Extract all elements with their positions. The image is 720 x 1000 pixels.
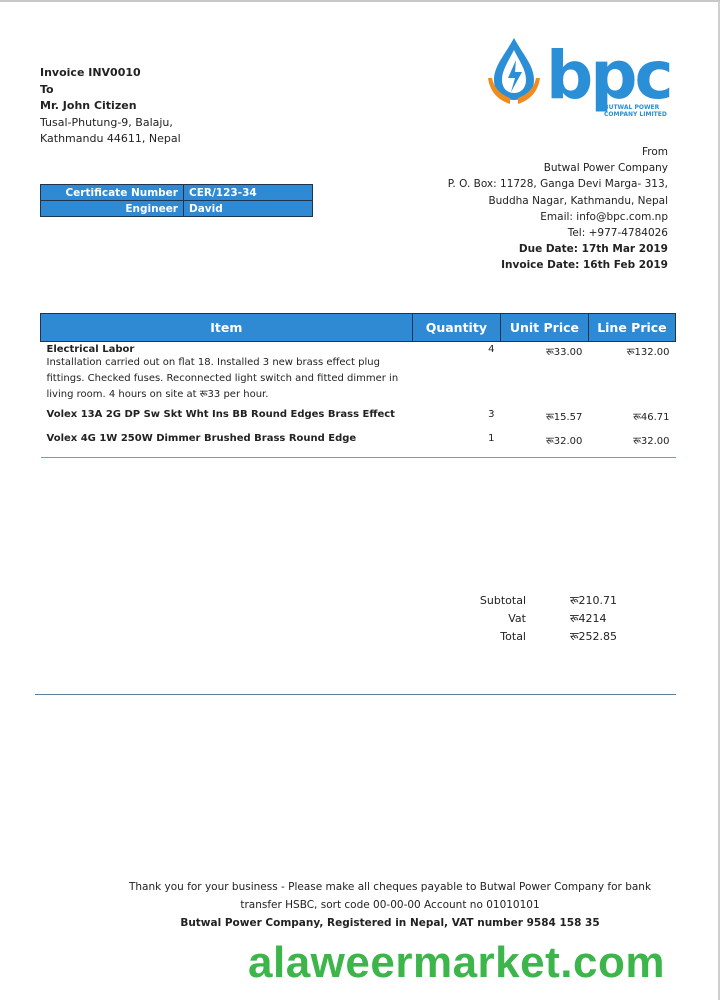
total-label: Total xyxy=(470,628,526,646)
item-cell: Electrical Labor Installation carried ou… xyxy=(41,342,413,406)
items-table: Item Quantity Unit Price Line Price Elec… xyxy=(40,313,676,458)
from-tel: Tel: +977-4784026 xyxy=(448,225,668,241)
bill-to-block: Invoice INV0010 To Mr. John Citizen Tusa… xyxy=(40,65,181,148)
footer-registration: Butwal Power Company, Registered in Nepa… xyxy=(100,914,680,932)
from-address-line2: Buddha Nagar, Kathmandu, Nepal xyxy=(448,193,668,209)
items-header-row: Item Quantity Unit Price Line Price xyxy=(41,314,676,342)
certificate-row: Certificate Number CER/123-34 xyxy=(41,185,313,201)
from-block: From Butwal Power Company P. O. Box: 117… xyxy=(448,144,668,274)
subtotal-label: Subtotal xyxy=(470,592,526,610)
watermark: alaweermarket.com xyxy=(248,938,665,988)
item-line-price: रू46.71 xyxy=(588,405,675,425)
subtotal-row: Subtotal रू210.71 xyxy=(470,592,617,610)
item-title: Volex 13A 2G DP Sw Skt Wht Ins BB Round … xyxy=(47,409,407,420)
vat-row: Vat रू4214 xyxy=(470,610,617,628)
item-title: Volex 4G 1W 250W Dimmer Brushed Brass Ro… xyxy=(47,433,407,444)
item-quantity: 4 xyxy=(412,342,500,406)
item-cell: Volex 4G 1W 250W Dimmer Brushed Brass Ro… xyxy=(41,425,413,449)
engineer-value: David xyxy=(184,201,313,217)
invoice-number: Invoice INV0010 xyxy=(40,65,181,82)
item-unit-price: रू33.00 xyxy=(501,342,589,406)
item-cell: Volex 13A 2G DP Sw Skt Wht Ins BB Round … xyxy=(41,405,413,425)
certificate-number-label: Certificate Number xyxy=(41,185,184,201)
totals-block: Subtotal रू210.71 Vat रू4214 Total रू252… xyxy=(470,592,617,646)
subtotal-value: रू210.71 xyxy=(570,592,617,610)
table-row: Volex 13A 2G DP Sw Skt Wht Ins BB Round … xyxy=(41,405,676,425)
due-date: Due Date: 17th Mar 2019 xyxy=(448,241,668,257)
table-divider xyxy=(41,449,676,458)
footer: Thank you for your business - Please mak… xyxy=(100,878,680,932)
footer-divider xyxy=(35,694,676,695)
item-description: Installation carried out on flat 18. Ins… xyxy=(47,355,407,403)
total-row: Total रू252.85 xyxy=(470,628,617,646)
company-logo: bpc BUTWAL POWER COMPANY LIMITED xyxy=(486,34,671,124)
certificate-number-value: CER/123-34 xyxy=(184,185,313,201)
vat-label: Vat xyxy=(470,610,526,628)
item-unit-price: रू15.57 xyxy=(501,405,589,425)
item-quantity: 1 xyxy=(412,425,500,449)
vat-value: रू4214 xyxy=(570,610,607,628)
engineer-label: Engineer xyxy=(41,201,184,217)
customer-address-line2: Kathmandu 44611, Nepal xyxy=(40,131,181,148)
header-quantity: Quantity xyxy=(412,314,500,342)
header-item: Item xyxy=(41,314,413,342)
total-value: रू252.85 xyxy=(570,628,617,646)
customer-address-line1: Tusal-Phutung-9, Balaju, xyxy=(40,115,181,132)
from-company: Butwal Power Company xyxy=(448,160,668,176)
table-row: Volex 4G 1W 250W Dimmer Brushed Brass Ro… xyxy=(41,425,676,449)
item-line-price: रू32.00 xyxy=(588,425,675,449)
svg-text:bpc: bpc xyxy=(546,37,671,114)
header-unit-price: Unit Price xyxy=(501,314,589,342)
to-label: To xyxy=(40,82,181,99)
item-line-price: रू132.00 xyxy=(588,342,675,406)
header-line-price: Line Price xyxy=(588,314,675,342)
item-quantity: 3 xyxy=(412,405,500,425)
item-title: Electrical Labor xyxy=(47,344,407,355)
customer-name: Mr. John Citizen xyxy=(40,98,181,115)
from-email: Email: info@bpc.com.np xyxy=(448,209,668,225)
invoice-date: Invoice Date: 16th Feb 2019 xyxy=(448,257,668,273)
certificate-table: Certificate Number CER/123-34 Engineer D… xyxy=(40,184,313,217)
item-unit-price: रू32.00 xyxy=(501,425,589,449)
footer-payment-line2: transfer HSBC, sort code 00-00-00 Accoun… xyxy=(100,896,680,914)
footer-payment-line1: Thank you for your business - Please mak… xyxy=(100,878,680,896)
table-row: Electrical Labor Installation carried ou… xyxy=(41,342,676,406)
logo-tagline: BUTWAL POWER COMPANY LIMITED xyxy=(604,104,667,118)
from-address-line1: P. O. Box: 11728, Ganga Devi Marga- 313, xyxy=(448,176,668,192)
engineer-row: Engineer David xyxy=(41,201,313,217)
from-label: From xyxy=(448,144,668,160)
